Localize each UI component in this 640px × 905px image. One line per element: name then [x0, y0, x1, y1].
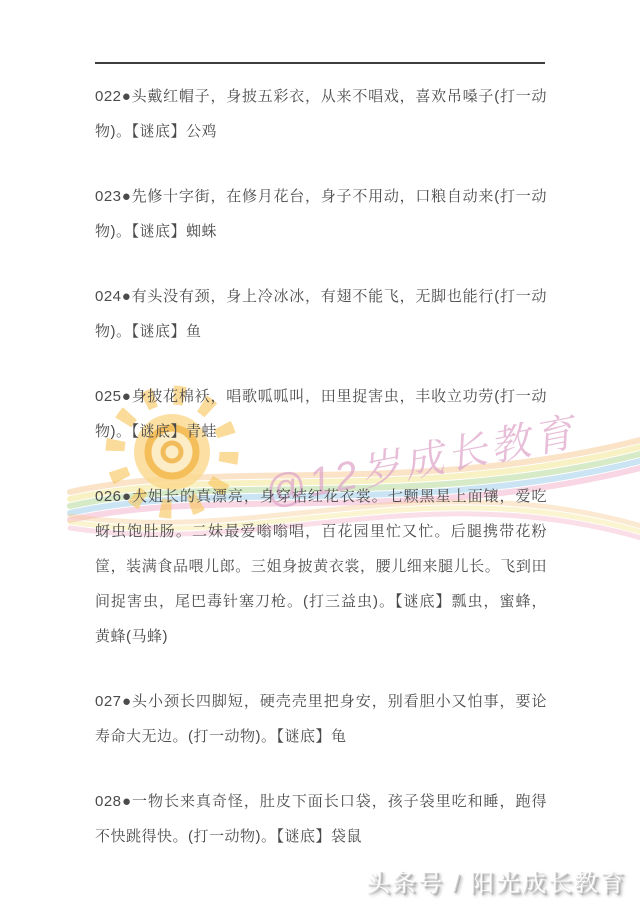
riddle-entry-024: 024●有头没有颈，身上冷冰冰，有翅不能飞，无脚也能行(打一动物)。【谜底】鱼	[95, 279, 547, 349]
riddle-entry-025: 025●身披花棉袄，唱歌呱呱叫，田里捉害虫，丰收立功劳(打一动物)。【谜底】青蛙	[95, 379, 547, 449]
document-page: @12岁成长教育 022●头戴红帽子，身披五彩衣，从来不唱戏，喜欢吊嗓子(打一动…	[0, 0, 640, 905]
footer-watermark: 头条号 / 阳光成长教育	[366, 863, 626, 898]
riddle-entry-028: 028●一物长来真奇怪，肚皮下面长口袋，孩子袋里吃和睡，跑得不快跳得快。(打一动…	[95, 784, 547, 854]
riddle-entry-022: 022●头戴红帽子，身披五彩衣，从来不唱戏，喜欢吊嗓子(打一动物)。【谜底】公鸡	[95, 79, 547, 149]
riddle-entry-026: 026●大姐长的真漂亮，身穿桔红花衣裳。七颗黑星上面镶，爱吃蚜虫饱肚肠。二妹最爱…	[95, 479, 547, 654]
riddle-list: 022●头戴红帽子，身披五彩衣，从来不唱戏，喜欢吊嗓子(打一动物)。【谜底】公鸡…	[95, 79, 547, 884]
riddle-entry-027: 027●头小颈长四脚短，硬壳壳里把身安，别看胆小又怕事，要论寿命大无边。(打一动…	[95, 684, 547, 754]
riddle-entry-023: 023●先修十字街，在修月花台，身子不用动，口粮自动来(打一动物)。【谜底】蜘蛛	[95, 179, 547, 249]
divider-line	[95, 62, 545, 64]
